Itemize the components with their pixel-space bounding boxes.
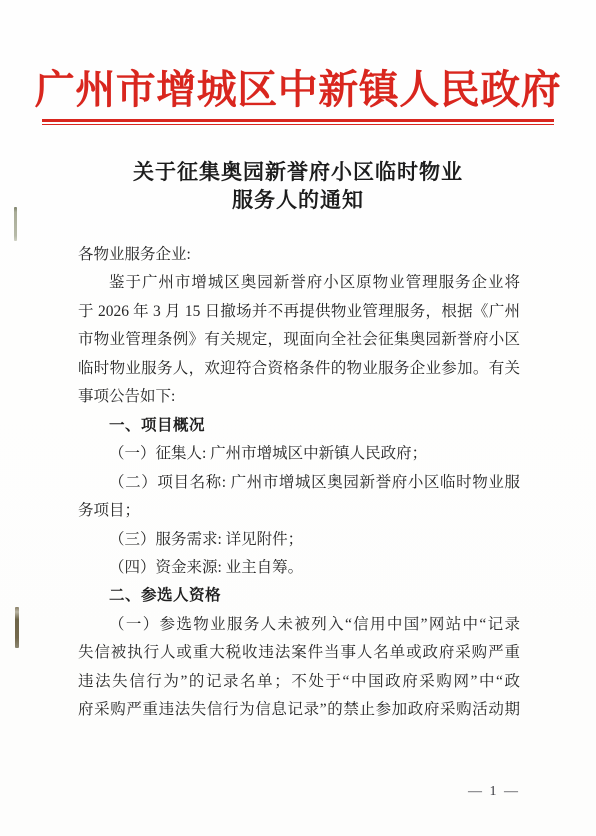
body-line: 鉴于广州市增城区奥园新誉府小区原物业管理服务企业将 xyxy=(78,269,520,297)
body-line: （二）项目名称: 广州市增城区奥园新誉府小区临时物业服 xyxy=(78,469,520,497)
scan-artifact-binding-mark-bottom xyxy=(15,607,19,648)
body-line: （一）征集人: 广州市增城区中新镇人民政府； xyxy=(78,440,520,468)
document-page: 广州市增城区中新镇人民政府 关于征集奥园新誉府小区临时物业 服务人的通知 各物业… xyxy=(0,0,596,836)
body-line: 违法失信行为”的记录名单；不处于“中国政府采购网”中“政 xyxy=(78,668,520,696)
body-line: 失信被执行人或重大税收违法案件当事人名单或政府采购严重 xyxy=(78,639,520,667)
document-title-line-2: 服务人的通知 xyxy=(0,186,596,214)
document-body: 各物业服务企业:鉴于广州市增城区奥园新誉府小区原物业管理服务企业将于 2026 … xyxy=(78,241,520,725)
document-title: 关于征集奥园新誉府小区临时物业 服务人的通知 xyxy=(0,158,596,214)
page-number: — 1 — xyxy=(468,784,520,800)
section-heading: 一、项目概况 xyxy=(78,412,520,440)
letterhead-org-name: 广州市增城区中新镇人民政府 xyxy=(0,58,596,115)
body-line: 府采购严重违法失信行为信息记录”的禁止参加政府采购活动期 xyxy=(78,696,520,724)
body-line: 市物业管理条例》有关规定，现面向全社会征集奥园新誉府小区 xyxy=(78,326,520,354)
divider-thin-line xyxy=(42,124,554,125)
section-heading: 二、参选人资格 xyxy=(78,582,520,610)
letterhead-divider xyxy=(42,119,554,125)
body-line: 各物业服务企业: xyxy=(78,241,520,269)
body-line: 临时物业服务人，欢迎符合资格条件的物业服务企业参加。有关 xyxy=(78,355,520,383)
document-title-line-1: 关于征集奥园新誉府小区临时物业 xyxy=(0,158,596,186)
body-line: （三）服务需求: 详见附件； xyxy=(78,526,520,554)
body-line: （四）资金来源: 业主自筹。 xyxy=(78,554,520,582)
body-line: （一）参选物业服务人未被列入“信用中国”网站中“记录 xyxy=(78,611,520,639)
body-line: 事项公告如下: xyxy=(78,383,520,411)
scan-artifact-binding-mark-top xyxy=(14,207,17,241)
body-line: 务项目； xyxy=(78,497,520,525)
body-line: 于 2026 年 3 月 15 日撤场并不再提供物业管理服务，根据《广州 xyxy=(78,298,520,326)
